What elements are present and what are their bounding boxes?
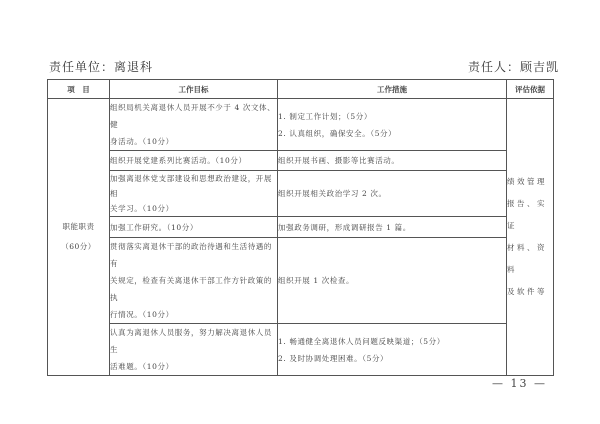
goal-cell: 组织开展党建系列比赛活动。（10分） [110,151,278,171]
column-header-goal: 工作目标 [110,80,278,99]
table-row: 贯彻落实离退休干部的政治待遇和生活待遇的有 关规定，检查有关离退休干部工作方针政… [48,238,554,324]
column-header-measures: 工作措施 [278,80,507,99]
goal-cell: 认真为离退休人员服务，努力解决离退休人员生 活难题。（10分） [110,324,278,376]
table-header-row: 项 目 工作目标 工作措施 评估依据 [48,80,554,99]
table-row: 加强离退休党支部建设和思想政治建设，开展相 关学习。（10分） 组织开展相关政治… [48,171,554,217]
table-row: 认真为离退休人员服务，努力解决离退休人员生 活难题。（10分） 1. 畅通健全离… [48,324,554,376]
goal-cell: 加强离退休党支部建设和思想政治建设，开展相 关学习。（10分） [110,171,278,217]
measures-cell: 组织开展书画、摄影等比赛活动。 [278,151,507,171]
column-header-evaluation: 评估依据 [507,80,554,99]
measures-cell: 组织开展 1 次检查。 [278,238,507,324]
measures-cell: 1. 制定工作计划；（5分） 2. 认真组织，确保安全。（5分） [278,99,507,151]
project-cell: 职能职责 （60分） [48,99,110,376]
project-score: （60分） [48,237,109,257]
responsibility-table: 项 目 工作目标 工作措施 评估依据 职能职责 （60分） 组织局机关离退休人员… [47,79,554,376]
goal-cell: 加强工作研究。（10分） [110,217,278,238]
project-name: 职能职责 [48,217,109,237]
measures-cell: 加强政务调研，形成调研报告 1 篇。 [278,217,507,238]
responsible-person-label: 责任人：顾吉凯 [468,58,559,75]
page-number: — 13 — [492,377,547,390]
table-row: 加强工作研究。（10分） 加强政务调研，形成调研报告 1 篇。 [48,217,554,238]
table-row: 组织开展党建系列比赛活动。（10分） 组织开展书画、摄影等比赛活动。 [48,151,554,171]
measures-cell: 组织开展相关政治学习 2 次。 [278,171,507,217]
goal-cell: 贯彻落实离退休干部的政治待遇和生活待遇的有 关规定，检查有关离退休干部工作方针政… [110,238,278,324]
column-header-project: 项 目 [48,80,110,99]
responsible-unit-label: 责任单位：离退科 [49,58,153,75]
evaluation-cell: 绩效管理 报告、实证 材料、资料 及软件等 [507,99,554,376]
measures-cell: 1. 畅通健全离退休人员问题反映渠道；（5分） 2. 及时协调处理困难。（5分） [278,324,507,376]
goal-cell: 组织局机关离退休人员开展不少于 4 次文体、健 身活动。（10分） [110,99,278,151]
table-row: 职能职责 （60分） 组织局机关离退休人员开展不少于 4 次文体、健 身活动。（… [48,99,554,151]
